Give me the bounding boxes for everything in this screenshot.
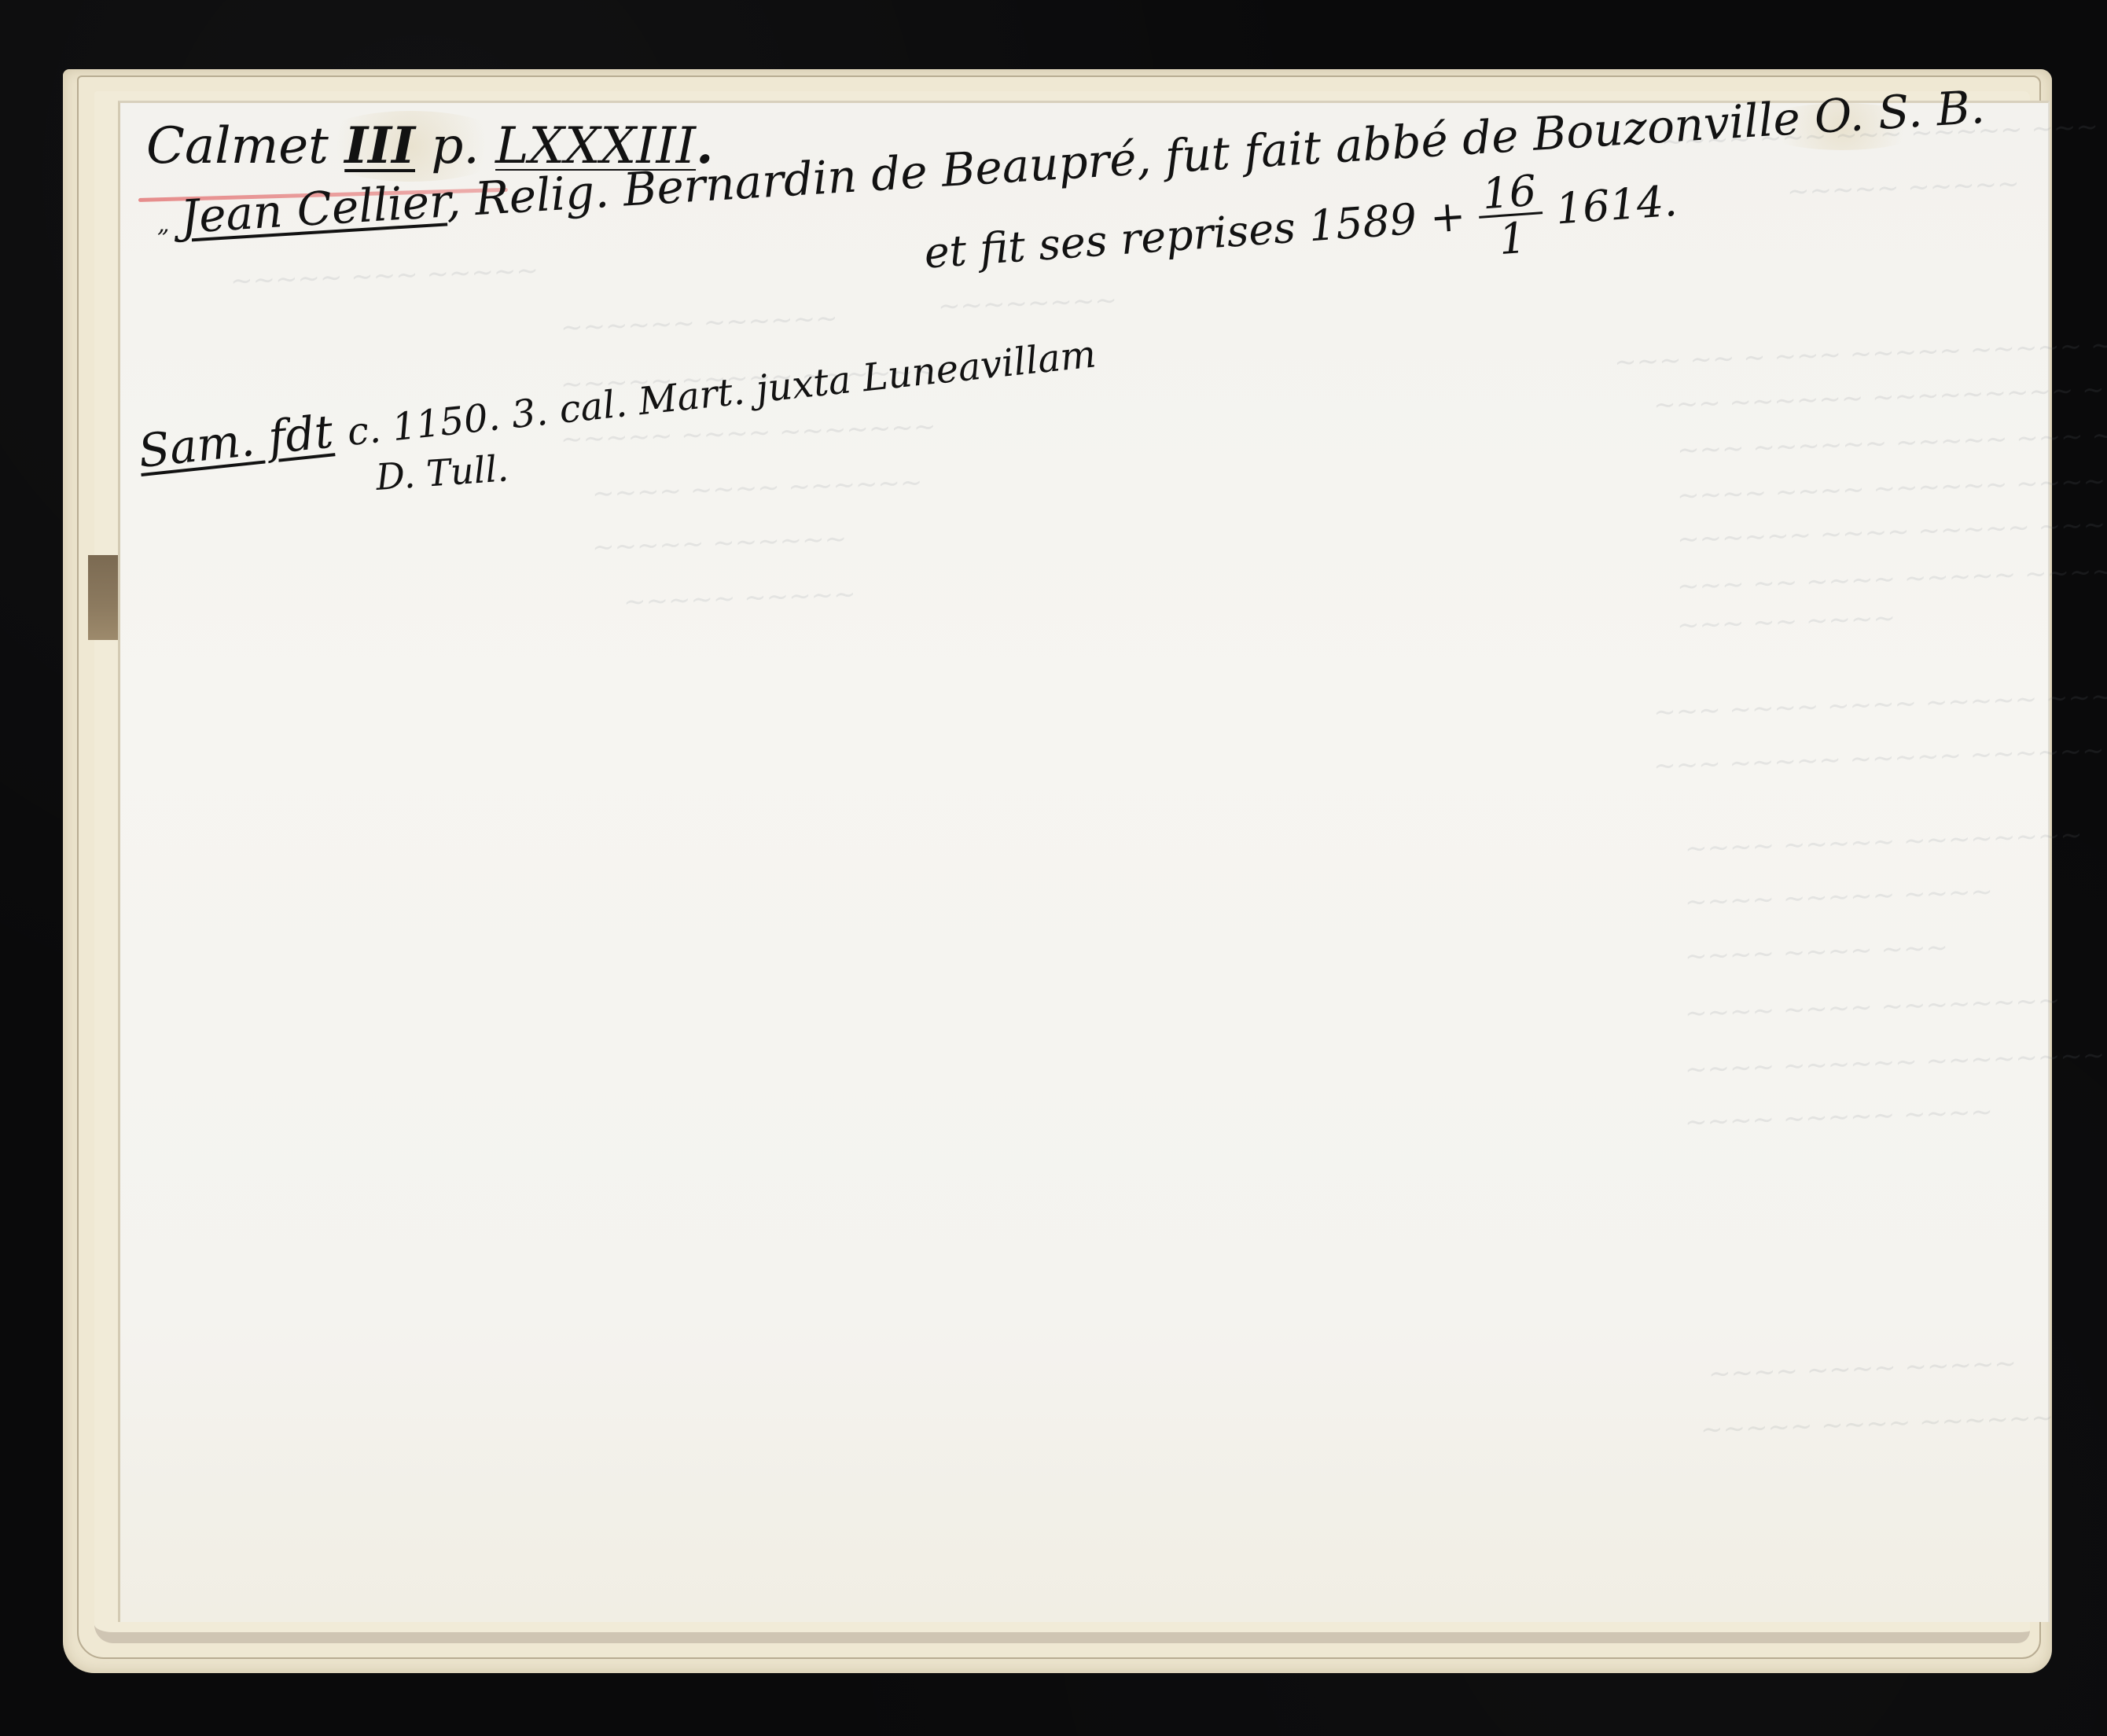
heading-volume: III	[344, 116, 415, 175]
entry1-date-fraction: 16 1	[1476, 169, 1546, 262]
date-day: 16	[1476, 169, 1543, 218]
bleed-through-text: ~~~~ ~~~~~ ~~~~	[1684, 876, 1993, 918]
bleed-through-text: ~~~ ~~~~~ ~~~~~ ~~~~~~~ ~~~~~~	[1653, 729, 2107, 782]
bleed-through-text: ~~~~ ~~~~ ~~~~~~	[591, 467, 923, 510]
bleed-through-text: ~~~~~~ ~~~~ ~~~~~ ~~~~~	[1676, 508, 2107, 556]
bleed-through-text: ~~~ ~~ ~~~~ ~~~~~ ~~~~~	[1676, 555, 2107, 602]
bleed-through-text: ~~~ ~~ ~~~~	[1676, 602, 1896, 642]
heading-page-prefix: p.	[431, 117, 479, 175]
bleed-through-text: ~~~~ ~~~~ ~~~	[1684, 932, 1948, 973]
date-year: 1614.	[1554, 176, 1679, 234]
bleed-through-text: ~~~~~ ~~~~~	[623, 579, 856, 618]
bleed-through-text: ~~~~ ~~~~ ~~~~~~~~	[1684, 985, 2061, 1030]
bleed-through-text: ~~~~ ~~~~~ ~~~~	[1684, 1096, 1993, 1138]
bleed-through-text: ~~~~ ~~~~ ~~~~~	[1708, 1348, 2017, 1390]
entry-marker: „	[157, 211, 170, 238]
bleed-through-text: ~~~~~ ~~~~~	[1786, 168, 2020, 208]
binding-tab	[88, 555, 121, 640]
bleed-through-text: ~~~~ ~~~~~~ ~~~~~~~~~	[1684, 1039, 2107, 1086]
heading-author: Calmet	[146, 117, 329, 175]
bleed-through-text: ~~~~~ ~~~ ~~~~~	[230, 255, 539, 297]
bleed-through-text: ~~~~ ~~~~ ~~~~~~ ~~~~~	[1676, 465, 2107, 512]
bleed-through-text: ~~~~ ~~~~~ ~~~~~~~~	[1684, 819, 2083, 865]
bleed-through-text: ~~~~~ ~~~~ ~~~~~~	[1700, 1402, 2054, 1446]
bleed-through-text: ~~~~~~ ~~~~~~	[560, 303, 838, 344]
bleed-through-text: ~~~ ~~~~~~ ~~~~~~~~~ ~~~~~ ~~~~~	[1653, 366, 2107, 421]
bleed-through-text: ~~~ ~~~~ ~~~~ ~~~~~ ~~~~~ ~~~~~~~~	[1653, 673, 2107, 729]
bleed-through-text: ~~~~~ ~~~~~~	[591, 523, 847, 563]
bleed-through-text: ~~~ ~~~~~~ ~~~~~ ~~~ ~~~~~~	[1677, 416, 2107, 466]
bleed-through-text: ~~~ ~~ ~ ~~~ ~~~~~ ~~~~~ ~~~~~ ~~~~	[1614, 323, 2107, 378]
date-month: 1	[1480, 214, 1546, 262]
